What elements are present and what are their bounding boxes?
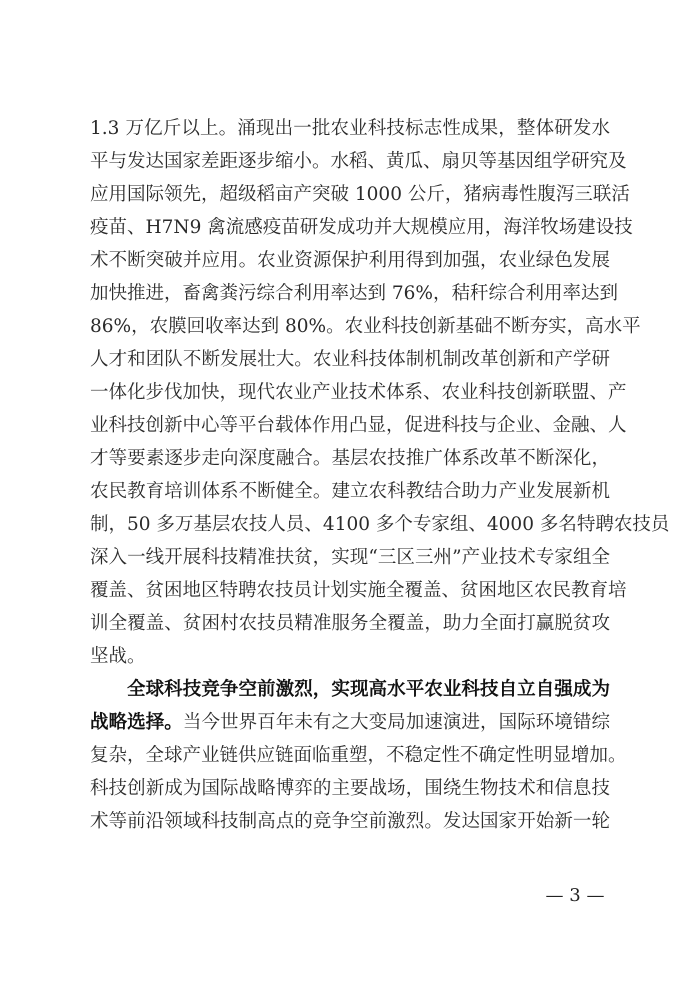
- document-page: 1.3 万亿斤以上。涌现出一批农业科技标志性成果，整体研发水 平与发达国家差距逐…: [0, 0, 700, 990]
- paragraph-line: 疫苗、H7N9 禽流感疫苗研发成功并大规模应用，海洋牧场建设技: [90, 211, 610, 244]
- paragraph-line: 应用国际领先，超级稻亩产突破 1000 公斤，猪病毒性腹泻三联活: [90, 178, 610, 211]
- paragraph-line: 战略选择。当今世界百年未有之大变局加速演进，国际环境错综: [90, 706, 610, 739]
- body-text: 1.3 万亿斤以上。涌现出一批农业科技标志性成果，整体研发水 平与发达国家差距逐…: [90, 112, 610, 838]
- paragraph-line: 坚战。: [90, 640, 610, 673]
- paragraph-line: 科技创新成为国际战略博弈的主要战场，围绕生物技术和信息技: [90, 772, 610, 805]
- paragraph-line: 人才和团队不断发展壮大。农业科技体制机制改革创新和产学研: [90, 343, 610, 376]
- paragraph-line: 深入一线开展科技精准扶贫，实现“三区三州”产业技术专家组全: [90, 541, 610, 574]
- section-heading-tail: 战略选择。: [90, 712, 183, 733]
- paragraph-line: 训全覆盖、贫困村农技员精准服务全覆盖，助力全面打赢脱贫攻: [90, 607, 610, 640]
- paragraph-line: 术不断突破并应用。农业资源保护利用得到加强，农业绿色发展: [90, 244, 610, 277]
- paragraph-line: 覆盖、贫困地区特聘农技员计划实施全覆盖、贫困地区农民教育培: [90, 574, 610, 607]
- paragraph-line: 复杂，全球产业链供应链面临重塑，不稳定性不确定性明显增加。: [90, 739, 610, 772]
- paragraph-line: 制，50 多万基层农技人员、4100 多个专家组、4000 多名特聘农技员: [90, 508, 610, 541]
- page-number: — 3 —: [540, 882, 610, 910]
- paragraph-line: 农民教育培训体系不断健全。建立农科教结合助力产业发展新机: [90, 475, 610, 508]
- paragraph-line: 加快推进，畜禽粪污综合利用率达到 76%，秸秆综合利用率达到: [90, 277, 610, 310]
- paragraph-line: 一体化步伐加快，现代农业产业技术体系、农业科技创新联盟、产: [90, 376, 610, 409]
- paragraph-line: 1.3 万亿斤以上。涌现出一批农业科技标志性成果，整体研发水: [90, 112, 610, 145]
- paragraph-line: 86%，农膜回收率达到 80%。农业科技创新基础不断夯实，高水平: [90, 310, 610, 343]
- paragraph-line: 术等前沿领域科技制高点的竞争空前激烈。发达国家开始新一轮: [90, 805, 610, 838]
- paragraph-line: 业科技创新中心等平台载体作用凸显，促进科技与企业、金融、人: [90, 409, 610, 442]
- section-heading: 全球科技竞争空前激烈，实现高水平农业科技自立自强成为: [90, 673, 610, 706]
- paragraph-line: 才等要素逐步走向深度融合。基层农技推广体系改革不断深化，: [90, 442, 610, 475]
- paragraph-text: 当今世界百年未有之大变局加速演进，国际环境错综: [183, 712, 610, 733]
- paragraph-line: 平与发达国家差距逐步缩小。水稻、黄瓜、扇贝等基因组学研究及: [90, 145, 610, 178]
